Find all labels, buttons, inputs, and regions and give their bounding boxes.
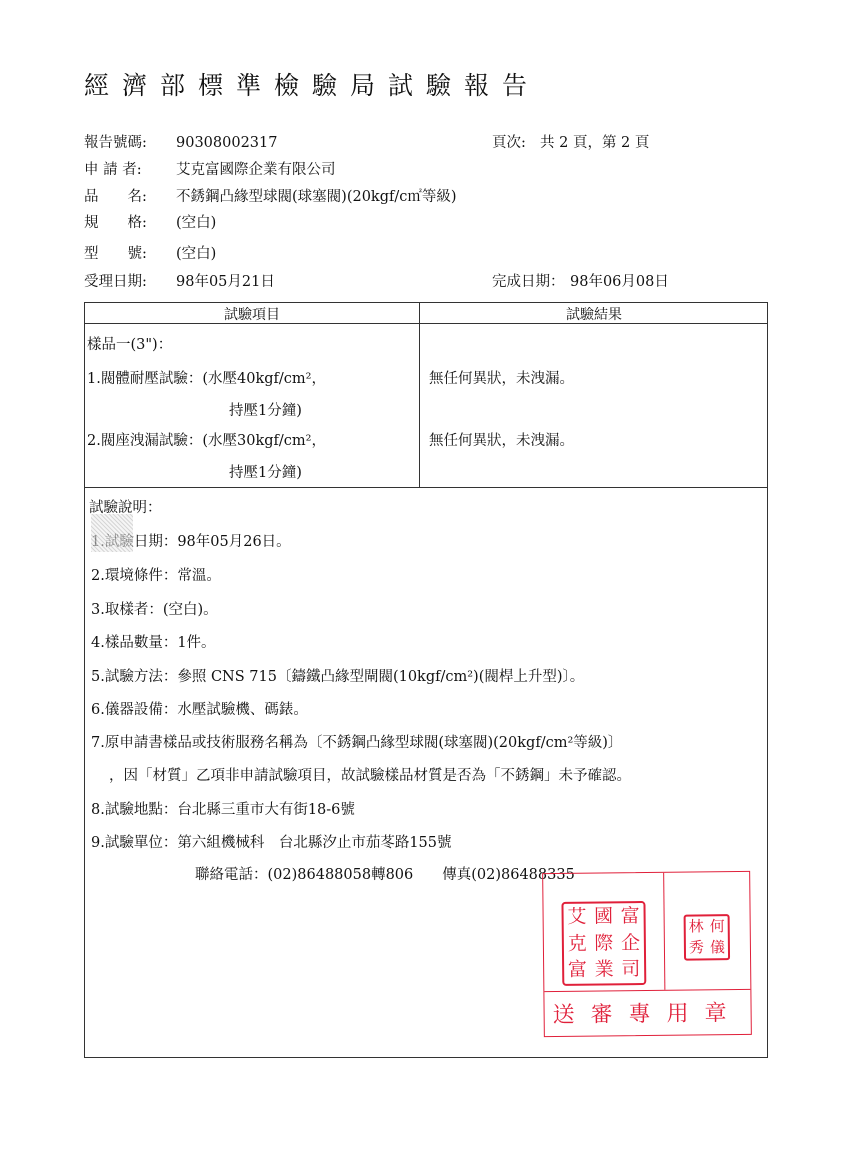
seal-char: 艾 (563, 904, 590, 931)
sample-label: 樣品一(3")： (87, 333, 172, 354)
seal-char: 國 (590, 903, 617, 930)
col-header-item: 試驗項目 (85, 304, 419, 324)
stamp-label: 送審專用章 (544, 996, 750, 1029)
company-seal-icon: 艾 國 富 克 際 企 富 業 司 (561, 901, 646, 986)
test-item-2-line2: 持壓1分鐘) (229, 461, 302, 482)
applicant-label: 申 請 者: (84, 160, 176, 180)
note-item: 6.儀器設備：水壓試驗機、碼錶。 (91, 698, 308, 719)
seal-char: 司 (617, 956, 644, 983)
note-item: 8.試驗地點：台北縣三重市大有街18-6號 (91, 798, 355, 819)
seal-char: 富 (564, 957, 591, 984)
received-date: 98年05月21日 (176, 274, 275, 290)
test-result-1: 無任何異狀，未洩漏。 (429, 367, 574, 388)
col-header-result: 試驗結果 (419, 304, 769, 324)
applicant-row: 申 請 者:艾克富國際企業有限公司 (84, 160, 336, 180)
note-item: 2.環境條件：常溫。 (91, 564, 221, 585)
seal-char: 際 (590, 930, 617, 957)
note-item: 3.取樣者：(空白)。 (91, 598, 218, 619)
review-stamp: 艾 國 富 克 際 企 富 業 司 林 何 秀 儀 送審專用章 (542, 871, 752, 1037)
completed-date-row: 完成日期：98年06月08日 (492, 272, 669, 292)
page-label: 頁次: (492, 133, 540, 153)
completed-date-label: 完成日期： (492, 272, 570, 292)
seal-char: 富 (617, 903, 644, 930)
contact-line: 聯絡電話：(02)86488058轉806 傳真(02)86488335 (195, 863, 575, 884)
page-value: 共 2 頁，第 2 頁 (540, 135, 649, 151)
seal-char: 業 (591, 957, 618, 984)
report-number-label: 報告號碼: (84, 133, 176, 153)
seal-char: 克 (564, 930, 591, 957)
product-row: 品 名:不銹鋼凸緣型球閥(球塞閥)(20kgf/c㎡等級) (84, 187, 457, 207)
seal-char: 企 (617, 930, 644, 957)
test-result-2: 無任何異狀，未洩漏。 (429, 429, 574, 450)
note-item: 9.試驗單位：第六組機械科 台北縣汐止市茄苳路155號 (91, 831, 452, 852)
test-table: 試驗項目 試驗結果 樣品一(3")： 1.閥體耐壓試驗：(水壓40kgf/cm²… (84, 302, 768, 488)
note-item: 4.樣品數量：1件。 (91, 631, 216, 652)
spec-label: 規 格: (84, 213, 176, 233)
personal-seal-icon: 林 何 秀 儀 (684, 914, 730, 960)
seal-char: 何 (707, 916, 728, 937)
test-item-1-line2: 持壓1分鐘) (229, 399, 302, 420)
stamp-divider-vertical (663, 873, 665, 990)
note-item: 5.試驗方法：參照 CNS 715〔鑄鐵凸緣型閘閥(10kgf/cm²)(閥桿上… (91, 665, 584, 686)
report-number: 90308002317 (176, 135, 277, 151)
seal-char: 林 (686, 916, 707, 937)
note-item: 7.原申請書樣品或技術服務名稱為〔不銹鋼凸緣型球閥(球塞閥)(20kgf/cm²… (91, 731, 622, 752)
seal-char: 秀 (686, 937, 707, 958)
spec-row: 規 格:(空白) (84, 213, 216, 233)
applicant: 艾克富國際企業有限公司 (176, 162, 336, 178)
received-date-row: 受理日期:98年05月21日 (84, 272, 275, 292)
completed-date: 98年06月08日 (570, 274, 669, 290)
page-info-row: 頁次:共 2 頁，第 2 頁 (492, 133, 649, 153)
received-date-label: 受理日期: (84, 272, 176, 292)
seal-char: 儀 (707, 937, 728, 958)
report-number-row: 報告號碼:90308002317 (84, 133, 277, 153)
product-name: 不銹鋼凸緣型球閥(球塞閥)(20kgf/c㎡等級) (176, 189, 457, 205)
stamp-divider-horizontal (544, 989, 750, 992)
model: (空白) (176, 246, 216, 262)
spec: (空白) (176, 215, 216, 231)
test-item-1-line1: 1.閥體耐壓試驗：(水壓40kgf/cm²， (87, 367, 326, 388)
model-row: 型 號:(空白) (84, 244, 216, 264)
model-label: 型 號: (84, 244, 176, 264)
column-divider (419, 303, 420, 487)
test-item-2-line1: 2.閥座洩漏試驗：(水壓30kgf/cm²， (87, 429, 326, 450)
note-item-continued: ，因「材質」乙項非申請試驗項目，故試驗樣品材質是否為「不銹鋼」未予確認。 (109, 764, 631, 785)
report-title: 經濟部標準檢驗局試驗報告 (84, 66, 540, 102)
product-label: 品 名: (84, 187, 176, 207)
scan-artifact (91, 514, 133, 552)
